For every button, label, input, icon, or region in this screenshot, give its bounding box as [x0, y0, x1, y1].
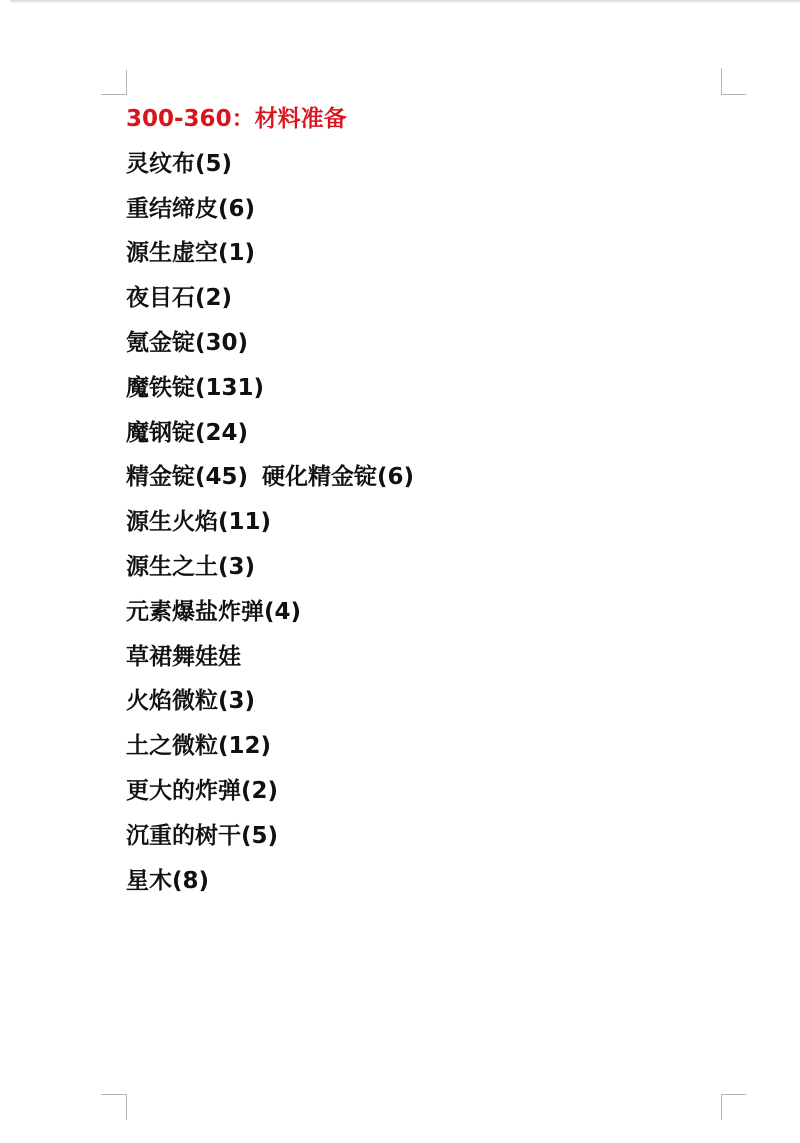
document-body: 300-360：材料准备 灵纹布(5) 重结缔皮(6) 源生虚空(1) 夜目石(… — [126, 101, 726, 907]
material-item: 土之微粒(12) — [126, 728, 726, 773]
material-item: 精金锭(45) — [126, 464, 248, 490]
material-item: 源生火焰(11) — [126, 504, 726, 549]
material-item: 沉重的树干(5) — [126, 818, 726, 863]
material-item-pair: 精金锭(45)硬化精金锭(6) — [126, 459, 726, 504]
material-item: 星木(8) — [126, 863, 726, 908]
material-item: 氪金锭(30) — [126, 325, 726, 370]
material-item: 源生虚空(1) — [126, 235, 726, 280]
material-item: 重结缔皮(6) — [126, 191, 726, 236]
page-top-edge — [10, 0, 800, 3]
material-item: 灵纹布(5) — [126, 146, 726, 191]
document-title: 300-360：材料准备 — [126, 101, 726, 146]
material-item: 元素爆盐炸弹(4) — [126, 594, 726, 639]
material-item: 夜目石(2) — [126, 280, 726, 325]
material-item-extra: 硬化精金锭(6) — [262, 464, 414, 490]
material-item: 草裙舞娃娃 — [126, 639, 726, 684]
material-item: 魔铁锭(131) — [126, 370, 726, 415]
material-item: 更大的炸弹(2) — [126, 773, 726, 818]
material-item: 火焰微粒(3) — [126, 683, 726, 728]
material-item: 魔钢锭(24) — [126, 415, 726, 460]
material-item: 源生之土(3) — [126, 549, 726, 594]
